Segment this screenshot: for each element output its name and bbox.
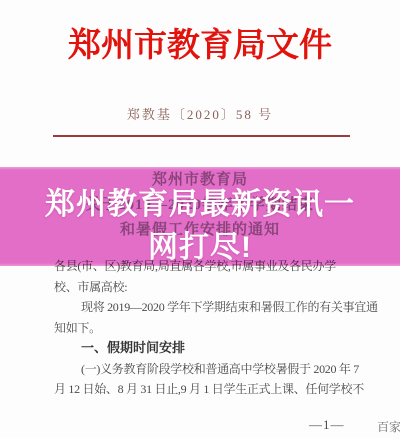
body-line: 知如下。 — [54, 318, 378, 339]
document-number: 郑教基〔2020〕58 号 — [0, 104, 400, 123]
body-line: (一)义务教育阶段学校和普通高中学校暑假于 2020 年 7 — [54, 359, 378, 380]
red-separator-line — [53, 135, 350, 137]
body-line: 现将 2019—2020 学年下学期结束和暑假工作的有关事宜通 — [54, 297, 378, 318]
promo-headline-line-1: 郑州教育局最新资讯一 — [0, 183, 400, 226]
document-body: 各县(市、区)教育局,局直属各学校,市属事业及各民办学 校、市属高校: 现将 2… — [54, 256, 378, 400]
baijia-watermark: 百家 — [377, 418, 400, 435]
body-line: 校、市属高校: — [54, 277, 378, 298]
body-line: 月 12 日始、8 月 31 日止,9 月 1 日学生正式上课、任何学校不 — [54, 379, 378, 400]
document-header-title: 郑州市教育局文件 — [0, 19, 400, 66]
promo-headline-line-2: 网打尽! — [0, 226, 400, 269]
section-heading: 一、假期时间安排 — [54, 338, 378, 359]
page-number: —1— — [309, 417, 345, 433]
document-scan-page: 郑州市教育局文件 郑教基〔2020〕58 号 郑州市教育局 关于2019—202… — [0, 0, 400, 438]
promo-headline: 郑州教育局最新资讯一 网打尽! — [0, 183, 400, 269]
